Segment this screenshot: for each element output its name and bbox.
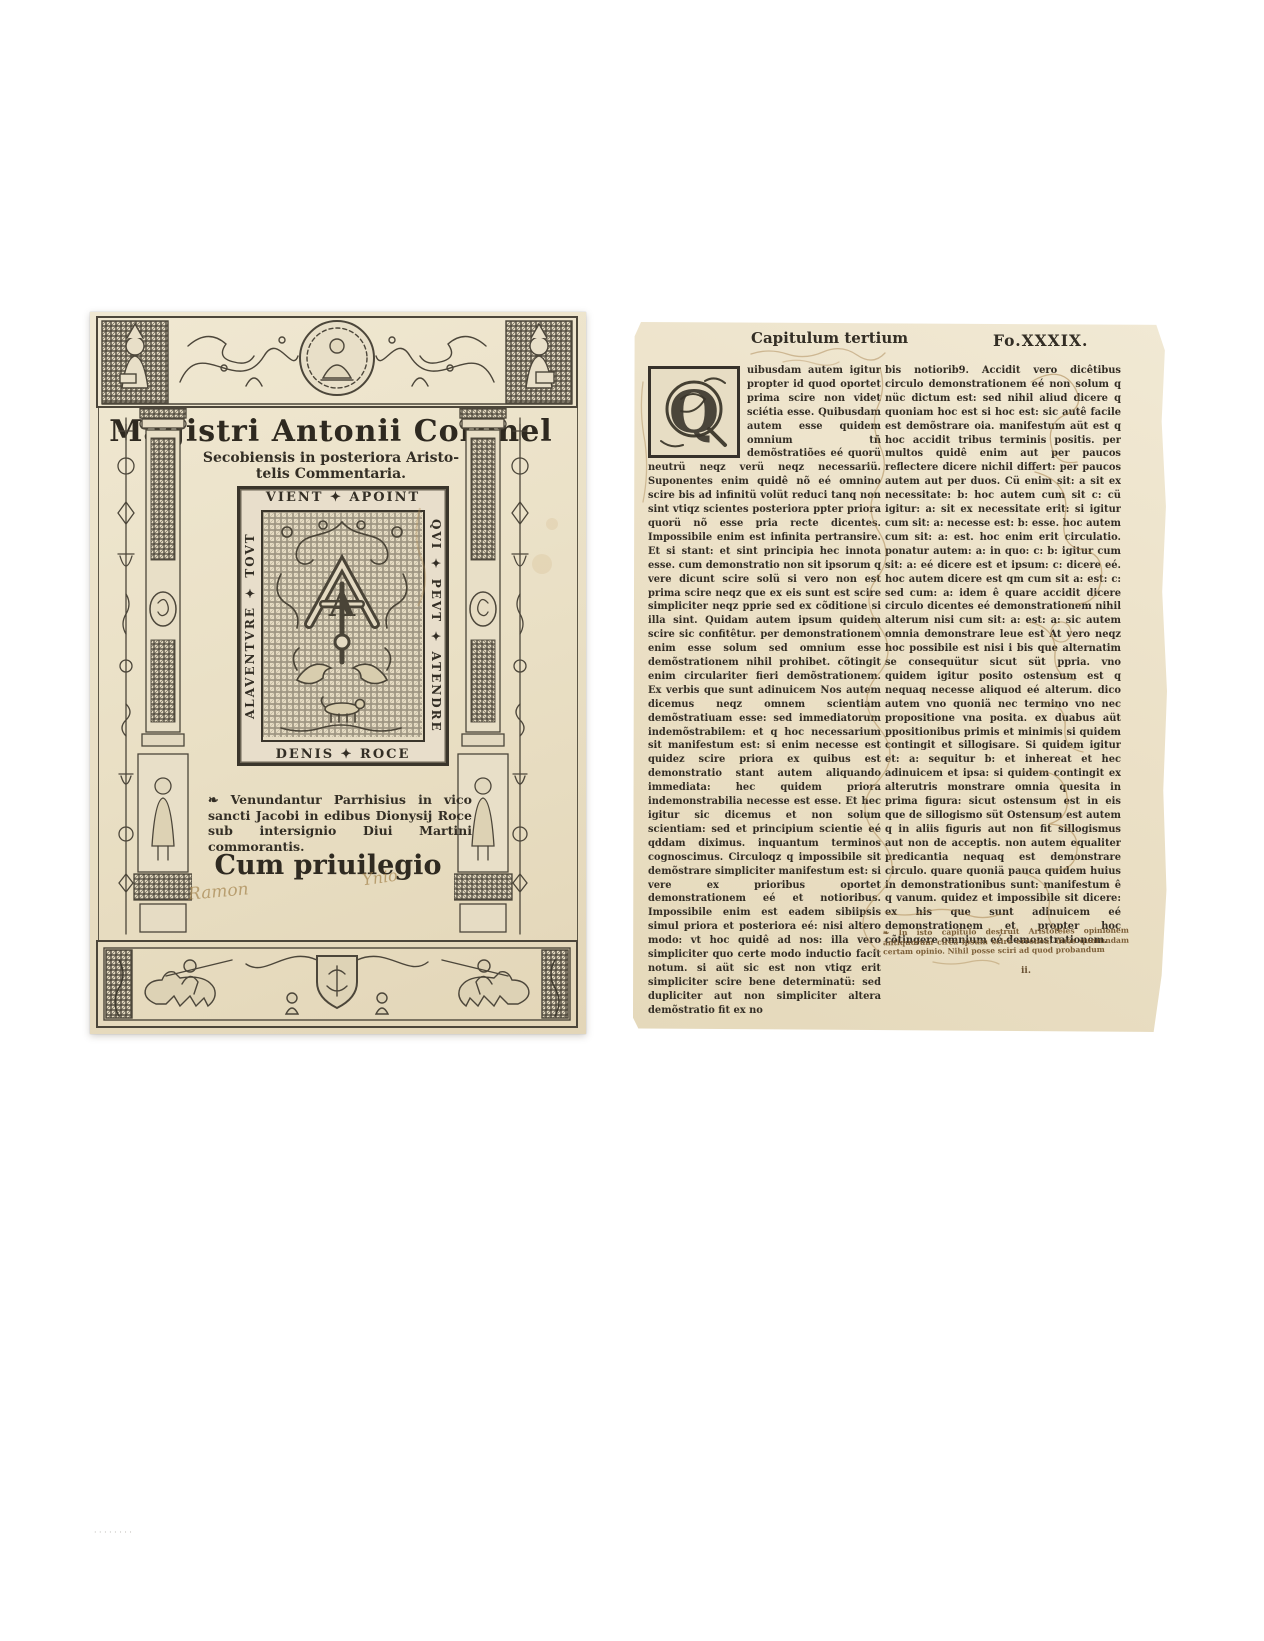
printer-device: VIENT ✦ APOINT QVI ✦ PEVT ✦ ATENDRE DENI… xyxy=(237,486,449,766)
column-right-text: bis notiorib9. Accidit vero dicêtibus ci… xyxy=(885,365,1121,946)
dotted-mark: ········ xyxy=(94,1528,134,1537)
initial-letter: Q xyxy=(651,369,737,455)
text-column-left: Q uibusdam autem igitur propter id quod … xyxy=(648,364,881,1014)
woodcut-bottom-frieze xyxy=(96,940,578,1028)
chapter-heading: Capitulum tertium xyxy=(751,329,908,347)
text-page: Capitulum tertium Fo.XXXIX. Q uibusdam a… xyxy=(633,322,1167,1032)
device-motto-left: ALAVENTVRE ✦ TOVT xyxy=(240,489,260,763)
device-motto-top: VIENT ✦ APOINT xyxy=(240,490,446,505)
woodcut-top-frieze xyxy=(96,316,578,408)
device-motto-right: QVI ✦ PEVT ✦ ATENDRE xyxy=(426,489,446,763)
folio-number: Fo.XXXIX. xyxy=(993,331,1088,350)
text-column-right: bis notiorib9. Accidit vero dicêtibus ci… xyxy=(885,364,1121,964)
title-page: Magistri Antonii Coronel Secobiensis in … xyxy=(90,312,586,1034)
column-left-text: uibusdam autem igitur propter id quod op… xyxy=(648,365,881,1014)
privilege-line: Cum priuilegio xyxy=(90,850,566,881)
signature-mark: ii. xyxy=(1021,966,1031,976)
photo-canvas: Magistri Antonii Coronel Secobiensis in … xyxy=(0,0,1264,1641)
device-motto-bottom: DENIS ✦ ROCE xyxy=(240,747,446,762)
device-emblem: A xyxy=(261,510,425,742)
manuscript-footnote: ❧ In isto capitulo destruit Aristoteles … xyxy=(883,926,1129,957)
imprint-text: ❧ Venundantur Parrhisius in vico sancti … xyxy=(208,792,472,854)
woodcut-initial-Q: Q xyxy=(648,366,740,458)
